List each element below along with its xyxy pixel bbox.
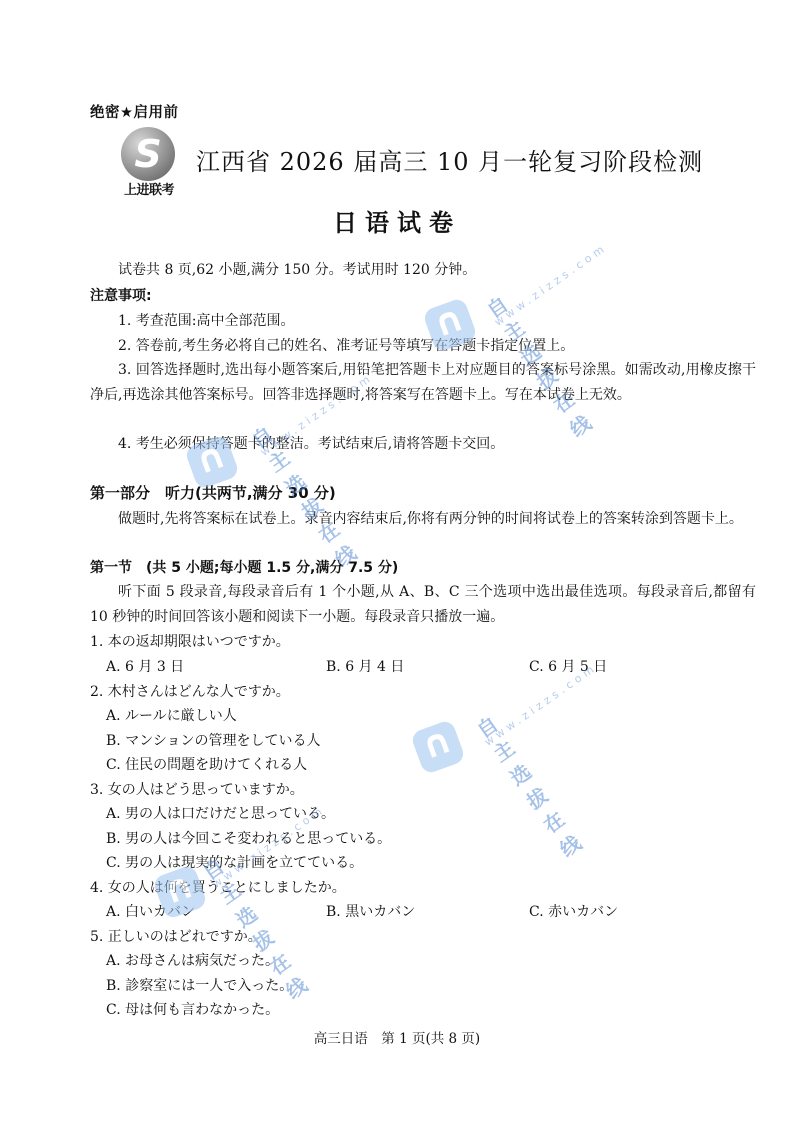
part1-heading: 第一部分 听力(共两节,满分 30 分) <box>90 481 756 506</box>
watermark-logo-icon <box>410 719 466 775</box>
option-c: C. 住民の問題を助けてくれる人 <box>106 754 307 774</box>
intro-text: 试卷共 8 页,62 小题,满分 150 分。考试用时 120 分钟。 <box>90 258 756 283</box>
option-a: A. 白いカバン <box>106 901 195 921</box>
exam-page: 绝密★启用前 S 上进联考 江西省 2026 届高三 10 月一轮复习阶段检测 … <box>0 0 794 1123</box>
option-b: B. マンションの管理をしている人 <box>106 730 321 750</box>
option-c: C. 赤いカバン <box>529 901 618 921</box>
section1-heading: 第一节 (共 5 小题;每小题 1.5 分,满分 7.5 分) <box>90 556 756 581</box>
option-a: A. 男の人は口だけだと思っている。 <box>106 803 335 823</box>
option-b: B. 6 月 4 日 <box>326 656 404 676</box>
page-footer: 高三日语 第 1 页(共 8 页) <box>0 1027 794 1047</box>
logo-text: 上进联考 <box>113 179 185 198</box>
exam-logo: S 上进联考 <box>113 127 185 199</box>
notes-heading: 注意事项: <box>90 284 756 309</box>
watermark-text: 自主选拔在线 <box>470 707 588 862</box>
note-item: 3. 回答选择题时,选出每小题答案后,用铅笔把答题卡上对应题目的答案标号涂黑。如… <box>90 358 756 407</box>
option-b: B. 診察室には一人で入った。 <box>106 975 293 995</box>
exam-subtitle: 日语试卷 <box>0 203 794 238</box>
section1-instruction: 听下面 5 段录音,每段录音后有 1 个小题,从 A、B、C 三个选项中选出最佳… <box>90 580 756 629</box>
question-stem: 4. 女の人は何を買うことにしましたか。 <box>90 877 346 897</box>
question-stem: 2. 木村さんはどんな人ですか。 <box>90 681 290 701</box>
option-b: B. 黒いカバン <box>326 901 415 921</box>
confidential-label: 绝密★启用前 <box>90 101 179 122</box>
question-stem: 3. 女の人はどう思っていますか。 <box>90 779 304 799</box>
option-a: A. 6 月 3 日 <box>106 656 184 676</box>
option-c: C. 母は何も言わなかった。 <box>106 999 279 1019</box>
option-a: A. ルールに厳しい人 <box>106 705 237 725</box>
question-stem: 1. 本の返却期限はいつですか。 <box>90 631 290 651</box>
note-item: 2. 答卷前,考生务必将自己的姓名、准考证号等填写在答题卡指定位置上。 <box>90 334 756 359</box>
option-c: C. 男の人は現実的な計画を立てている。 <box>106 852 363 872</box>
option-b: B. 男の人は今回こそ変われると思っている。 <box>106 828 391 848</box>
exam-title: 江西省 2026 届高三 10 月一轮复习阶段检测 <box>196 142 703 177</box>
note-item: 4. 考生必须保持答题卡的整洁。考试结束后,请将答题卡交回。 <box>90 432 756 457</box>
option-a: A. お母さんは病気だった。 <box>106 950 279 970</box>
part1-instruction: 做题时,先将答案标在试卷上。录音内容结束后,你将有两分钟的时间将试卷上的答案转涂… <box>90 507 756 532</box>
note-item: 1. 考查范围:高中全部范围。 <box>90 309 756 334</box>
question-stem: 5. 正しいのはどれですか。 <box>90 926 262 946</box>
logo-s-icon: S <box>121 131 175 177</box>
option-c: C. 6 月 5 日 <box>529 656 607 676</box>
